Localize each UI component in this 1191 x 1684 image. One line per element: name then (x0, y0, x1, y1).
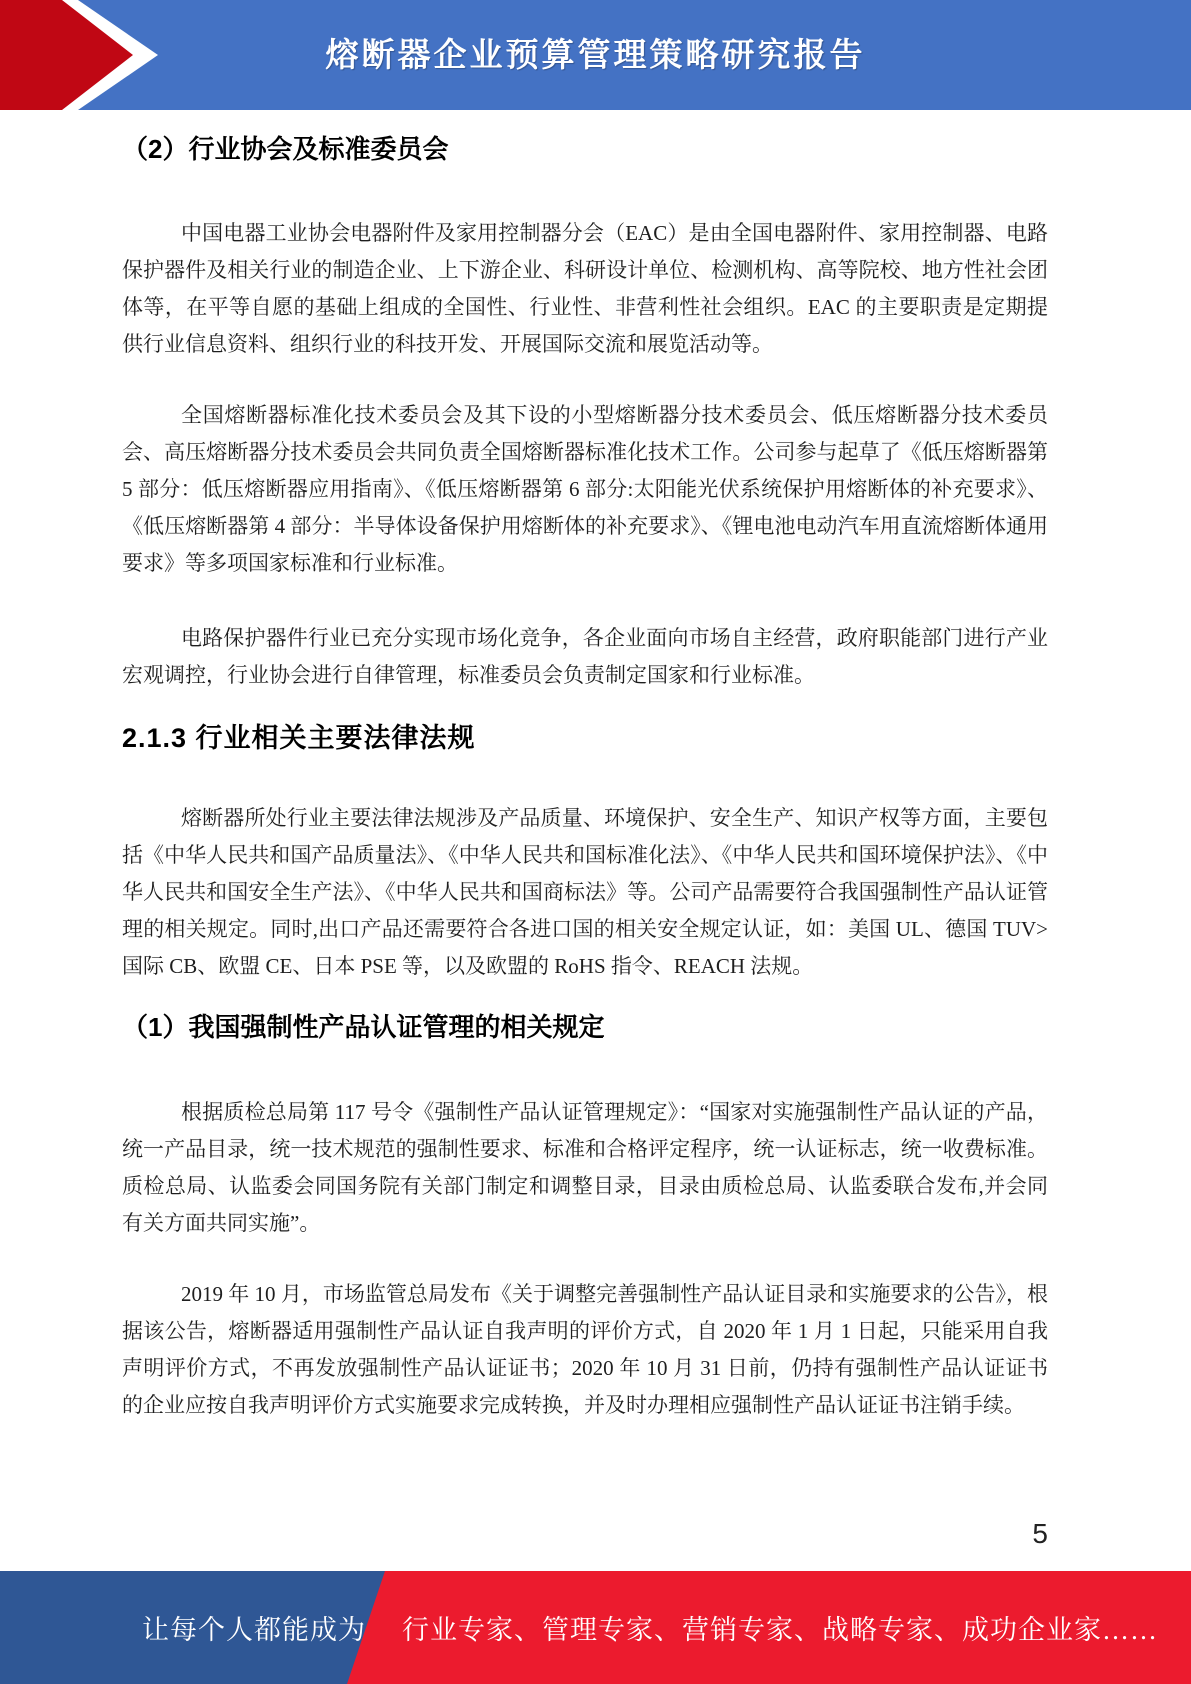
header-banner: 熔断器企业预算管理策略研究报告 (0, 0, 1191, 110)
footer-slogan-right: 行业专家、管理专家、营销专家、战略专家、成功企业家…… (402, 1571, 1158, 1684)
footer-slogan-left: 让每个人都能成为 (142, 1571, 366, 1684)
paragraph-standard-committee: 全国熔断器标准化技术委员会及其下设的小型熔断器分技术委员会、低压熔断器分技术委员… (122, 397, 1048, 582)
report-title: 熔断器企业预算管理策略研究报告 (0, 0, 1191, 110)
document-body: （2）行业协会及标准委员会 中国电器工业协会电器附件及家用控制器分会（EAC）是… (122, 110, 1048, 1424)
paragraph-market-competition: 电路保护器件行业已充分实现市场化竞争，各企业面向市场自主经营，政府职能部门进行产… (122, 620, 1048, 694)
heading-2-1-3-laws: 2.1.3 行业相关主要法律法规 (122, 722, 1048, 754)
heading-ccc-regulations: （1）我国强制性产品认证管理的相关规定 (122, 1010, 1048, 1044)
heading-industry-association: （2）行业协会及标准委员会 (122, 132, 1048, 166)
paragraph-ccc-rule-117: 根据质检总局第 117 号令《强制性产品认证管理规定》：“国家对实施强制性产品认… (122, 1094, 1048, 1242)
paragraph-2019-announcement: 2019 年 10 月，市场监管总局发布《关于调整完善强制性产品认证目录和实施要… (122, 1276, 1048, 1424)
report-page: 熔断器企业预算管理策略研究报告 （2）行业协会及标准委员会 中国电器工业协会电器… (0, 0, 1191, 1684)
paragraph-eac-intro: 中国电器工业协会电器附件及家用控制器分会（EAC）是由全国电器附件、家用控制器、… (122, 215, 1048, 363)
paragraph-laws-overview: 熔断器所处行业主要法律法规涉及产品质量、环境保护、安全生产、知识产权等方面，主要… (122, 800, 1048, 985)
page-number: 5 (1032, 1518, 1048, 1550)
page-footer: 行业专家、管理专家、营销专家、战略专家、成功企业家…… 让每个人都能成为 (0, 1571, 1191, 1684)
